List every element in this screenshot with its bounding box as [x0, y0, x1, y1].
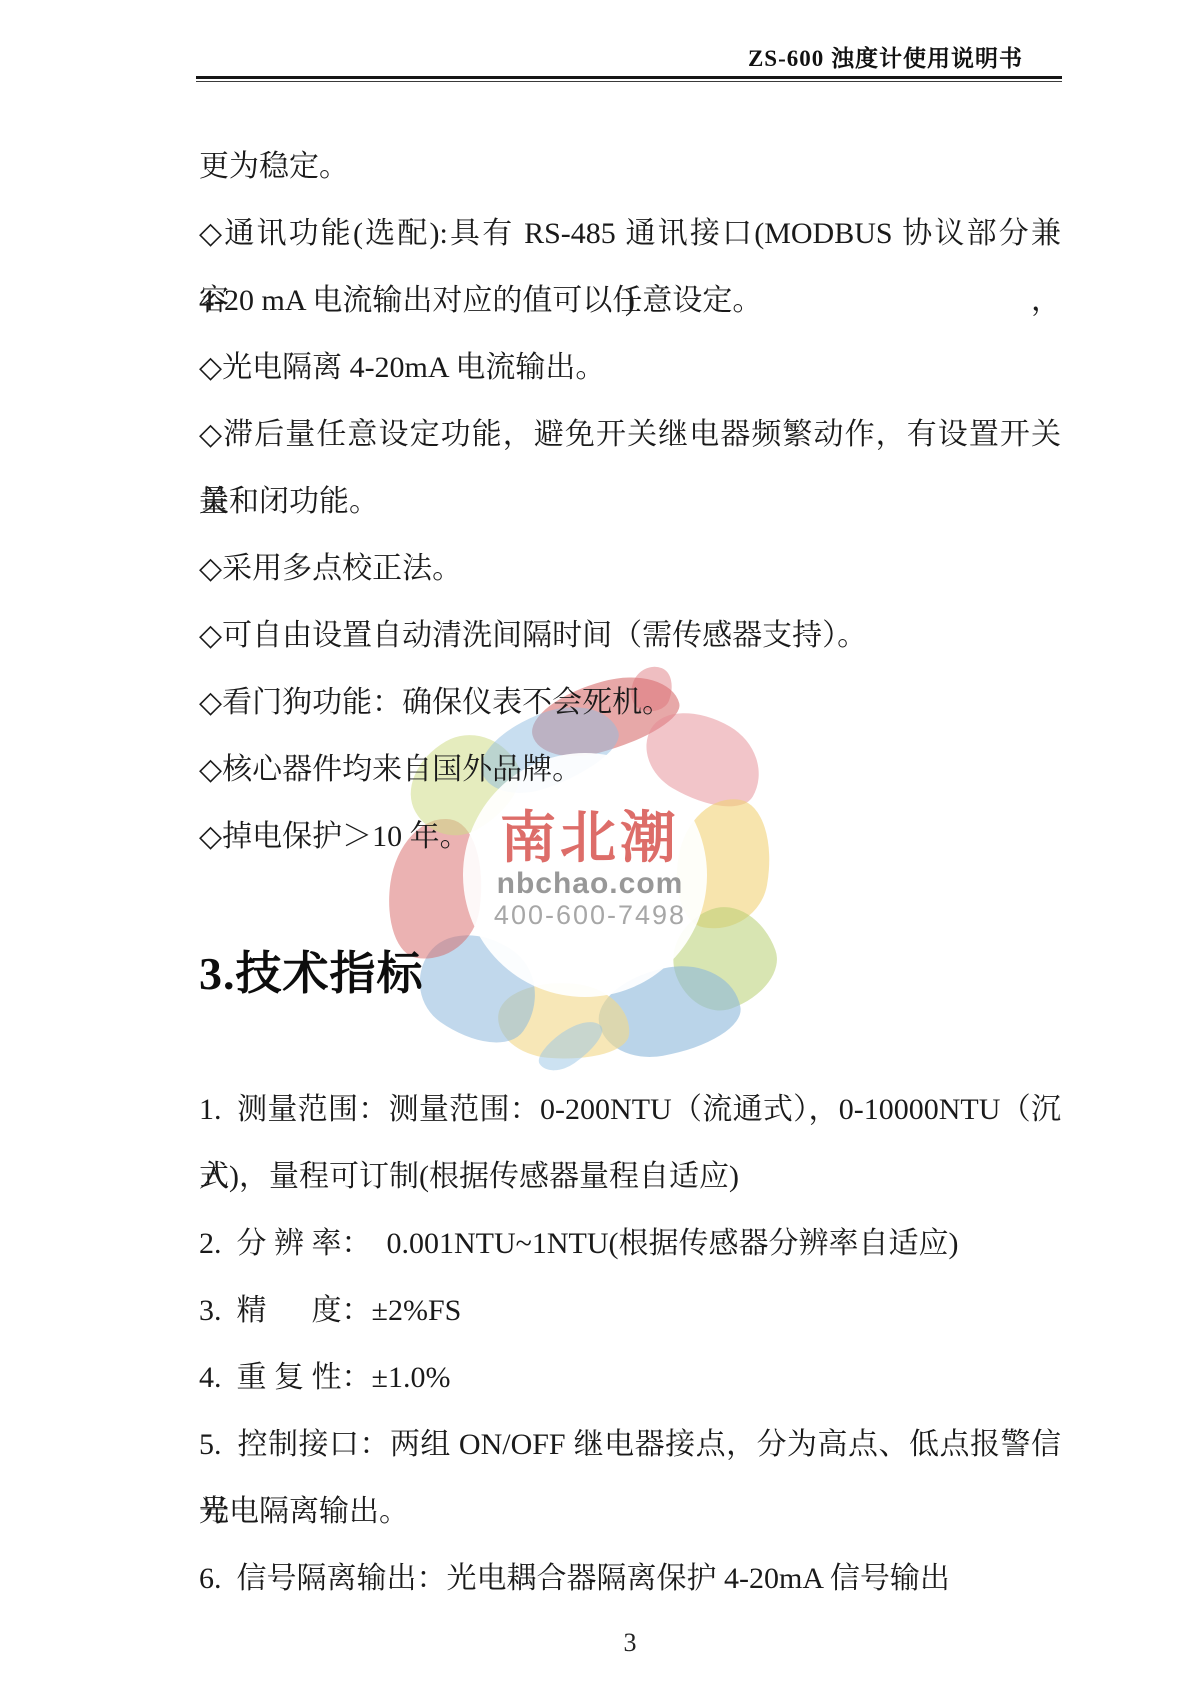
section-heading: 3.技术指标: [199, 946, 1061, 1002]
spec-line: 6. 信号隔离输出：光电耦合器隔离保护 4-20mA 信号输出: [199, 1545, 1061, 1612]
spec-line: 3. 精 度：±2%FS: [199, 1277, 1061, 1344]
spec-line: 2. 分 辨 率： 0.001NTU~1NTU(根据传感器分辨率自适应): [199, 1210, 1061, 1277]
spec-line: 光电隔离输出。: [199, 1478, 1061, 1545]
spec-line: 1. 测量范围：测量范围：0-200NTU（流通式），0-10000NTU（沉入: [199, 1076, 1061, 1143]
spec-line: 4. 重 复 性：±1.0%: [199, 1344, 1061, 1411]
feature-line: ◇滞后量任意设定功能，避免开关继电器频繁动作，有设置开关量: [199, 401, 1061, 468]
document-page: ZS-600 浊度计使用说明书 南北潮 nbchao.com 400-600-7…: [0, 0, 1200, 1697]
feature-line: 更为稳定。: [199, 133, 1061, 200]
header-rule-thin-line: [196, 81, 1062, 82]
header-rule-thick-line: [196, 76, 1062, 79]
header-rule: [196, 76, 1062, 84]
feature-line: ◇看门狗功能：确保仪表不会死机。: [199, 669, 1061, 736]
feature-line: ◇掉电保护＞10 年。: [199, 803, 1061, 870]
page-title: ZS-600 浊度计使用说明书: [199, 40, 1061, 73]
spec-line: 式)，量程可订制(根据传感器量程自适应): [199, 1143, 1061, 1210]
feature-line: ◇可自由设置自动清洗间隔时间（需传感器支持）。: [199, 602, 1061, 669]
document-body: 更为稳定。 ◇通讯功能(选配):具有 RS-485 通讯接口(MODBUS 协议…: [199, 133, 1061, 1612]
spec-line: 5. 控制接口：两组 ON/OFF 继电器接点，分为高点、低点报警信号: [199, 1411, 1061, 1478]
feature-line: 关和闭功能。: [199, 468, 1061, 535]
page-number: 3: [199, 1628, 1061, 1658]
feature-line: ◇光电隔离 4-20mA 电流输出。: [199, 334, 1061, 401]
feature-line: ◇核心器件均来自国外品牌。: [199, 736, 1061, 803]
feature-line: ◇采用多点校正法。: [199, 535, 1061, 602]
feature-line: ◇通讯功能(选配):具有 RS-485 通讯接口(MODBUS 协议部分兼容)，: [199, 200, 1061, 267]
